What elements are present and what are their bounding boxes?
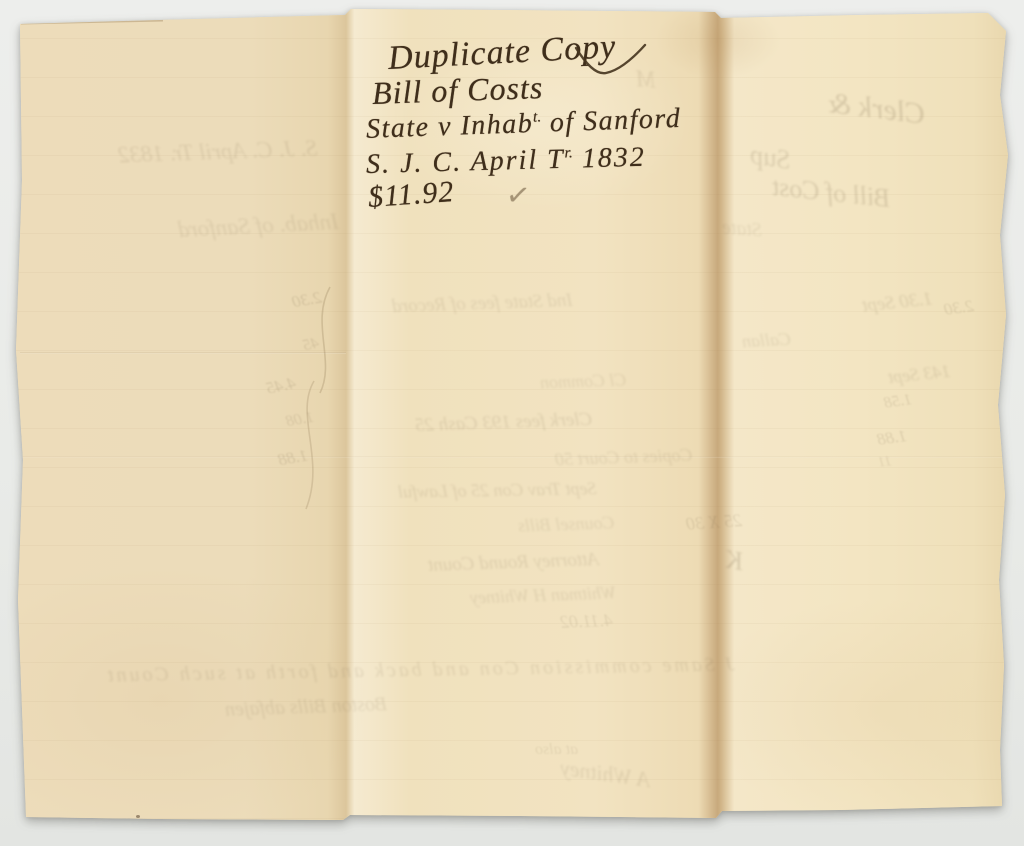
scan-canvas: S. J. C. April Tr. 1832 Inhab. of Sanfor… [0, 0, 1024, 846]
bleed-through-text: Whitman H Whitney [470, 583, 617, 606]
bleed-through-text: 1.30 Sept [861, 289, 933, 315]
case-title-text: State v Inhab [366, 108, 534, 145]
bleed-through-text: Callan [742, 330, 792, 351]
bleed-through-text: Inhab. of Sanford [178, 210, 340, 241]
checkmark-ink: ✓ [504, 176, 533, 214]
docket-line-bill-of-costs: Bill of Costs [371, 71, 543, 109]
bleed-through-text: Counsel Bills [518, 513, 615, 534]
docket-line-case-title: State v Inhabt. of Sanford [366, 105, 682, 144]
torn-top-edge [21, 20, 163, 25]
bleed-through-figure: 11 [877, 454, 892, 470]
ink-flourish [572, 42, 652, 82]
bleed-through-signature: A Whitney [559, 757, 652, 791]
bleed-through-text: Copies to Court 50 [555, 446, 693, 469]
bleed-through-text: State [721, 218, 762, 241]
court-term-text: S. J. C. April T [366, 144, 565, 180]
bleed-through-text: Boston Bills abfajen [225, 694, 388, 720]
bleed-through-figure: 1.88 [876, 427, 908, 448]
bleed-through-text: Clerk fees 193 Cash 25 [415, 410, 593, 435]
horizontal-crease [20, 456, 1004, 458]
paper-speck [788, 816, 791, 818]
bleed-through-text: S. J. C. April Tr. 1832 [118, 137, 318, 167]
paper-shadow-wrap: S. J. C. April Tr. 1832 Inhab. of Sanfor… [0, 0, 1024, 846]
bleed-through-text: Ind State fees of Record [392, 291, 573, 316]
docket-line-amount: $11.92 [367, 177, 455, 213]
bleed-through-text: Sept Trav Con 25 of Lawful [398, 479, 597, 500]
bleed-through-figure: 4.11.02 [560, 611, 613, 631]
bleed-through-text: Sup [748, 141, 792, 174]
court-term-text: 1832 [572, 142, 646, 175]
bleed-through-brace [288, 283, 348, 513]
bleed-through-text: Bill of Cost [771, 174, 892, 212]
bleed-through-figure: 1.58 [883, 392, 913, 412]
bleed-through-text: Cl Common [540, 370, 627, 391]
bleed-through-text: 143 Sept [887, 362, 951, 386]
case-title-text: of Sanford [541, 103, 682, 139]
bleed-through-text: J Same commission Con and back and forth… [105, 655, 735, 686]
bleed-through-text: Attorney Round Count [428, 550, 600, 575]
bleed-through-figure: 2.30 [943, 297, 975, 318]
bleed-through-figure: 25 X 30 [685, 511, 742, 533]
paper-speck [136, 815, 140, 818]
docket-line-court-term: S. J. C. April Tr. 1832 [366, 143, 647, 179]
bleed-through-text: K [724, 547, 746, 576]
folded-document-paper: S. J. C. April Tr. 1832 Inhab. of Sanfor… [0, 0, 1024, 846]
bleed-through-text: Clerk & [827, 88, 927, 130]
